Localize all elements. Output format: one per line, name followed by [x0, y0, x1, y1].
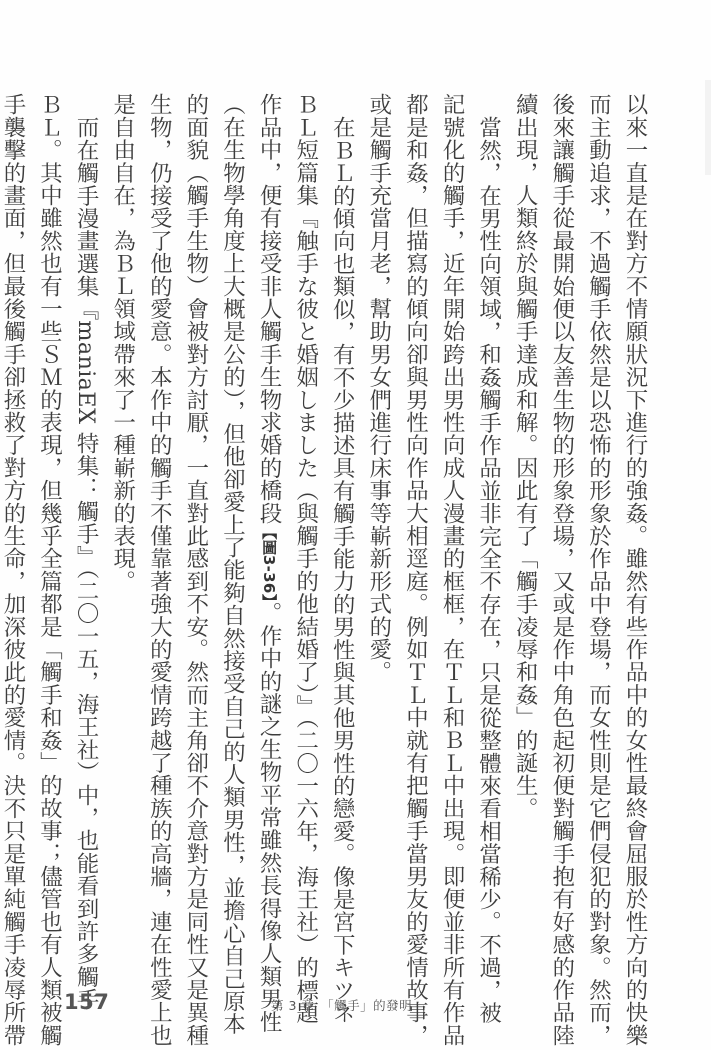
- text-line-6: 記號化的觸手，近年開始跨出男性向成人漫畫的框框，在ＴＬ和ＢＬ中出現。即便並非所有…: [433, 93, 470, 923]
- text-line-14: 生物，仍接受了他的愛意。本作中的觸手不僅靠著強大的愛情跨越了種族的高牆，連在性愛…: [141, 93, 178, 923]
- figure-reference: 【圖3-36】: [260, 524, 278, 601]
- text-line-4: 續出現，人類終於與觸手達成和解。因此有了「觸手凌辱和姦」的誕生。: [507, 93, 544, 923]
- text-line-11: 作品中，便有接受非人觸手生物求婚的橋段【圖3-36】。作中的謎之生物平常雖然長得…: [250, 93, 287, 923]
- text-line-5-paragraph-start: 當然，在男性向領域，和姦觸手作品並非完全不存在，只是從整體來看相當稀少。不過，被: [470, 93, 507, 923]
- text-line-17: ＢＬ。其中雖然也有一些ＳＭ的表現，但幾乎全篇都是「觸手和姦」的故事；儘管也有人類…: [31, 93, 68, 923]
- text-line-18: 手襲擊的畫面，但最後觸手卻拯救了對方的生命，加深彼此的愛情。決不只是單純觸手凌辱…: [0, 93, 31, 923]
- text-line-13: 的面貌（觸手生物）會被對方討厭，一直對此感到不安。然而主角卻不介意對方是同性又是…: [177, 93, 214, 923]
- text-line-1: 以來一直是在對方不情願狀況下進行的強姦。雖然有些作品中的女性最終會屈服於性方向的…: [616, 93, 653, 923]
- text-line-9-paragraph-start: 在ＢＬ的傾向也類似，有不少描述具有觸手能力的男性與其他男性的戀愛。像是宮下キツネ: [324, 93, 361, 923]
- text-line-7: 都是和姦，但描寫的傾向卻與男性向作品大相逕庭。例如ＴＬ中就有把觸手當男友的愛情故…: [397, 93, 434, 923]
- page-number: 157: [64, 990, 109, 1014]
- page-footer: 157 第 3 章 「觸手」的發明: [0, 990, 711, 1020]
- text-line-11-before-ref: 作品中，便有接受非人觸手生物求婚的橋段: [256, 93, 282, 524]
- text-line-11-after-ref: 。作中的謎之生物平常雖然長得像人類男性: [256, 601, 282, 1032]
- running-chapter-title: 第 3 章 「觸手」的發明: [271, 996, 412, 1014]
- page-edge-tab: [705, 80, 711, 175]
- text-line-10: ＢＬ短篇集『触手な彼と婚姻しました（與觸手的他結婚了）』（二〇一六年，海王社）的…: [287, 93, 324, 923]
- book-page: 以來一直是在對方不情願狀況下進行的強姦。雖然有些作品中的女性最終會屈服於性方向的…: [0, 0, 711, 1050]
- text-line-2: 而主動追求，不過觸手依然是以恐怖的形象於作品中登場，而女性則是它們侵犯的對象。然…: [580, 93, 617, 923]
- text-line-12: （在生物學角度上大概是公的），但他卻愛上了能夠自然接受自己的人類男性，並擔心自己…: [214, 93, 251, 923]
- text-line-3: 後來讓觸手從最開始便以友善生物的形象登場，又或是作中角色起初便對觸手抱有好感的作…: [543, 93, 580, 923]
- text-line-8: 或是觸手充當月老，幫助男女們進行床事等嶄新形式的愛。: [360, 93, 397, 923]
- text-line-16-paragraph-start: 而在觸手漫畫選集『maniaEX 特集：觸手』（二〇一五，海王社）中，也能看到許…: [68, 93, 105, 923]
- body-text: 以來一直是在對方不情願狀況下進行的強姦。雖然有些作品中的女性最終會屈服於性方向的…: [53, 93, 653, 923]
- text-line-15: 是自由自在，為ＢＬ領域帶來了一種嶄新的表現。: [104, 93, 141, 923]
